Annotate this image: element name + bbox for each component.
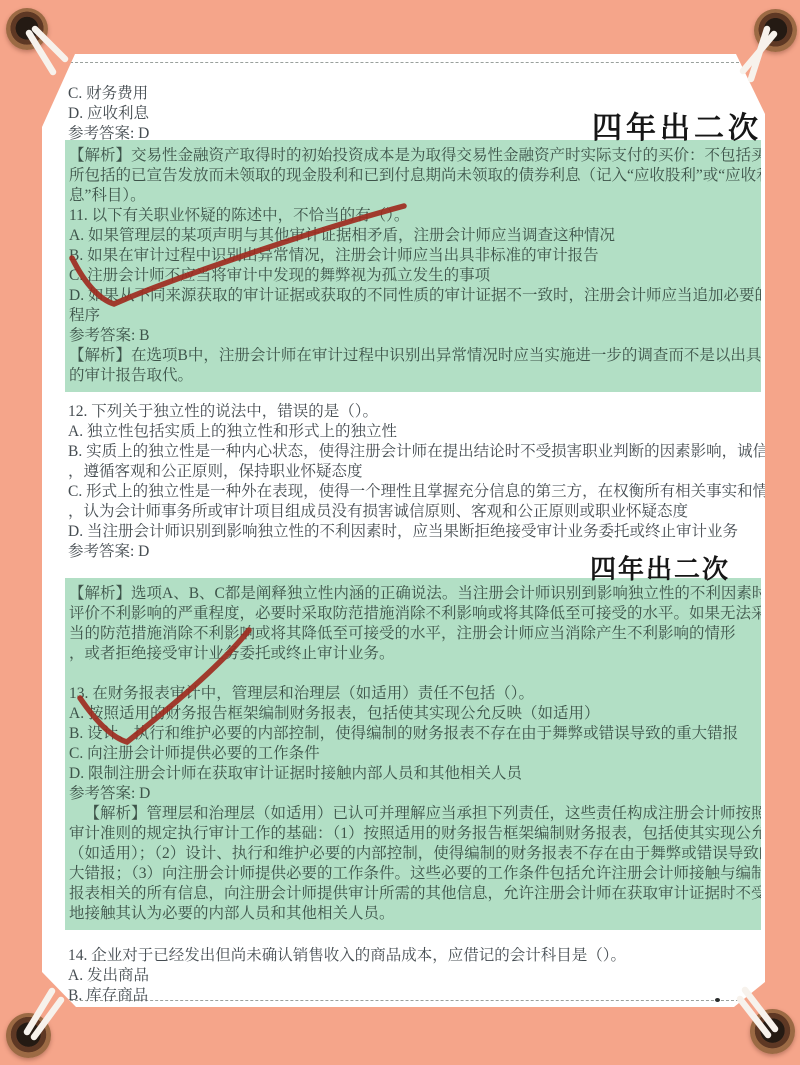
text-line: D. 当注册会计师识别到影响独立性的不利因素时，应当果断拒绝接受审计业务委托或终…: [68, 522, 799, 542]
text-line: 报表相关的所有信息，向注册会计师提供审计所需的其他信息，允许注册会计师在获取审计…: [69, 884, 761, 904]
text-line: 息”科目）。: [69, 186, 761, 206]
corkboard-background: C. 财务费用D. 应收利息参考答案: D 【解析】交易性金融资产取得时的初始投…: [0, 0, 800, 1065]
text-line: C. 向注册会计师提供必要的工作条件: [69, 744, 761, 764]
text-line: B. 库存商品: [68, 986, 626, 1006]
exam-paper: C. 财务费用D. 应收利息参考答案: D 【解析】交易性金融资产取得时的初始投…: [42, 54, 765, 1007]
analysis-block-q10-and-question-11: 【解析】交易性金融资产取得时的初始投资成本是为取得交易性金融资产时实际支付的买价…: [65, 140, 761, 392]
text-line: ，遵循客观和公正原则，保持职业怀疑态度: [68, 462, 799, 482]
text-line: 14. 企业对于已经发出但尚未确认销售收入的商品成本，应借记的会计科目是（）。: [68, 946, 626, 966]
text-line: 所包括的已宣告发放而未领取的现金股利和已到付息期尚未领取的债券利息（记入“应收股…: [69, 166, 761, 186]
analysis-block-q12-and-question-13: 【解析】选项A、B、C都是阐释独立性内涵的正确说法。当注册会计师识别到影响独立性…: [65, 578, 761, 930]
ink-dot: [715, 998, 720, 1002]
text-line: A. 发出商品: [68, 966, 626, 986]
text-line: ，认为会计师事务所或审计项目组成员没有损害诚信原则、客观和公正原则或职业怀疑态度: [68, 502, 799, 522]
text-line: 评价不利影响的严重程度，必要时采取防范措施消除不利影响或将其降低至可接受的水平。…: [69, 604, 761, 624]
stamp-four-years-twice: 四年出二次: [592, 103, 762, 147]
answer-block-question-10: C. 财务费用D. 应收利息参考答案: D: [68, 84, 149, 144]
pushpin-icon: [6, 1013, 51, 1058]
text-line: B. 如果在审计过程中识别出异常情况，注册会计师应当出具非标准的审计报告: [69, 246, 761, 266]
text-line: 【解析】管理层和治理层（如适用）已认可并理解应当承担下列责任，这些责任构成注册会…: [69, 804, 761, 824]
text-line: B. 设计、执行和维护必要的内部控制，使得编制的财务报表不存在由于舞弊或错误导致…: [69, 724, 761, 744]
text-line: 参考答案: B: [69, 326, 761, 346]
pushpin-icon: [754, 9, 797, 52]
text-line: 参考答案: D: [69, 784, 761, 804]
text-line: D. 应收利息: [68, 104, 149, 124]
question-block-12: 12. 下列关于独立性的说法中，错误的是（）。A. 独立性包括实质上的独立性和形…: [68, 402, 799, 562]
text-line: 12. 下列关于独立性的说法中，错误的是（）。: [68, 402, 799, 422]
question-block-14: 14. 企业对于已经发出但尚未确认销售收入的商品成本，应借记的会计科目是（）。A…: [68, 946, 626, 1006]
text-line: 【解析】交易性金融资产取得时的初始投资成本是为取得交易性金融资产时实际支付的买价…: [69, 146, 761, 166]
text-line: D. 如果从不同来源获取的审计证据或获取的不同性质的审计证据不一致时，注册会计师…: [69, 286, 761, 306]
text-line: 地接触其认为必要的内部人员和其他相关人员。: [69, 904, 761, 924]
text-line: C. 注册会计师不应当将审计中发现的舞弊视为孤立发生的事项: [69, 266, 761, 286]
text-line: 程序: [69, 306, 761, 326]
text-line: C. 财务费用: [68, 84, 149, 104]
text-line: （如适用）；（2）设计、执行和维护必要的内部控制，使得编制的财务报表不存在由于舞…: [69, 844, 761, 864]
text-line: 11. 以下有关职业怀疑的陈述中，不恰当的有（）。: [69, 206, 761, 226]
text-line: 【解析】在选项B中，注册会计师在审计过程中识别出异常情况时应当实施进一步的调查而…: [69, 346, 761, 366]
dashed-border-line: [55, 62, 754, 63]
text-line: ，或者拒绝接受审计业务委托或终止审计业务。: [69, 644, 761, 664]
text-line: 大错报；（3）向注册会计师提供必要的工作条件。这些必要的工作条件包括允许注册会计…: [69, 864, 761, 884]
text-line: 当的防范措施消除不利影响或将其降低至可接受的水平，注册会计师应当消除产生不利影响…: [69, 624, 761, 644]
text-line: 13. 在财务报表审计中，管理层和治理层（如适用）责任不包括（）。: [69, 684, 761, 704]
pushpin-icon: [6, 8, 48, 50]
stamp-four-years-twice: 四年出二次: [590, 549, 730, 586]
text-line: D. 限制注册会计师在获取审计证据时接触内部人员和其他相关人员: [69, 764, 761, 784]
text-line: A. 按照适用的财务报告框架编制财务报表，包括使其实现公允反映（如适用）: [69, 704, 761, 724]
text-line: B. 实质上的独立性是一种内心状态，使得注册会计师在提出结论时不受损害职业判断的…: [68, 442, 799, 462]
text-line: C. 形式上的独立性是一种外在表现，使得一个理性且掌握充分信息的第三方，在权衡所…: [68, 482, 799, 502]
text-line: 审计准则的规定执行审计工作的基础：（1）按照适用的财务报告框架编制财务报表，包括…: [69, 824, 761, 844]
text-line: [69, 664, 761, 684]
text-line: A. 如果管理层的某项声明与其他审计证据相矛盾，注册会计师应当调查这种情况: [69, 226, 761, 246]
pushpin-icon: [750, 1009, 795, 1054]
text-line: 的审计报告取代。: [69, 366, 761, 386]
text-line: A. 独立性包括实质上的独立性和形式上的独立性: [68, 422, 799, 442]
text-line: 【解析】选项A、B、C都是阐释独立性内涵的正确说法。当注册会计师识别到影响独立性…: [69, 584, 761, 604]
